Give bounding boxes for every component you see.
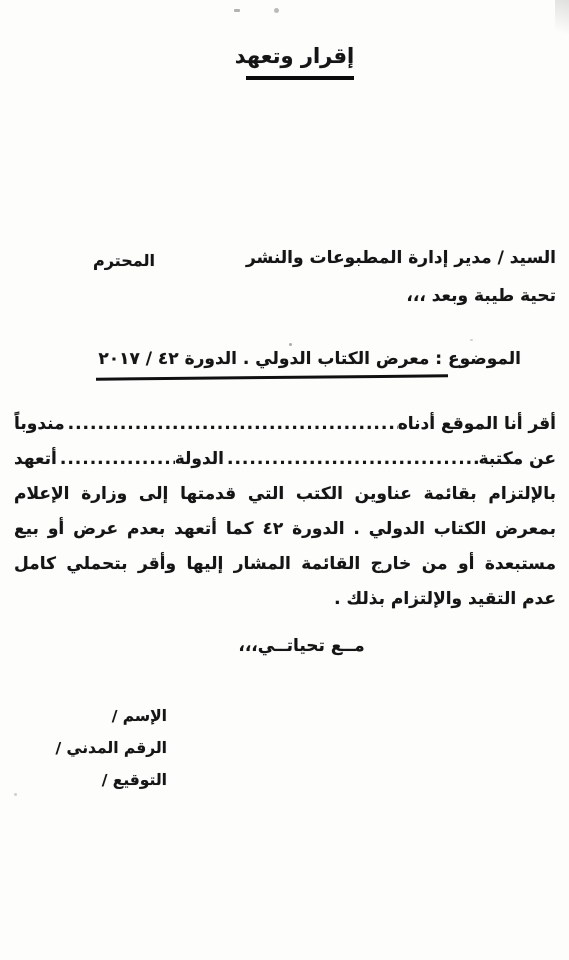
- scan-speck: [289, 343, 292, 346]
- dotted-blank-representative: ........................................…: [65, 407, 398, 442]
- closing-salutation: مــع تحياتــي،،،: [34, 636, 569, 656]
- pledge-line-2: عن مكتبة ...............................…: [14, 442, 556, 477]
- scan-corner-shade: [555, 0, 569, 46]
- signature-field-signature: التوقيع /: [55, 764, 167, 796]
- pledge-line-4: بمعرض الكتاب الدولي . الدورة ٤٢ كما أتعه…: [14, 512, 556, 547]
- pledge-line-6: عدم التقيد والإلتزام بذلك .: [14, 582, 556, 617]
- pledge-line-1-start: أقر أنا الموقع أدناه: [398, 407, 556, 442]
- pledge-line-3: بالإلتزام بقائمة عناوين الكتب التي قدمته…: [14, 477, 556, 512]
- dotted-blank-country: ........................................…: [57, 442, 175, 477]
- signature-block: الإسم / الرقم المدني / التوقيع /: [55, 700, 167, 796]
- document-title: إقرار وتعهد: [0, 44, 569, 68]
- salutation-line: تحية طيبة وبعد ،،،: [406, 286, 556, 306]
- pledge-line-2-start: عن مكتبة: [479, 442, 556, 477]
- honorific-label: المحترم: [93, 251, 155, 270]
- addressee-line: السيد / مدير إدارة المطبوعات والنشر: [246, 248, 556, 268]
- dotted-blank-bookstore: ........................................…: [224, 442, 479, 477]
- pledge-line-1-end: مندوباً: [14, 407, 65, 442]
- pledge-line-2-mid: الدولة: [175, 442, 224, 477]
- subject-line: الموضوع : معرض الكتاب الدولي . الدورة ٤٢…: [98, 349, 521, 369]
- scanned-declaration-document: إقرار وتعهد السيد / مدير إدارة المطبوعات…: [0, 0, 569, 960]
- pledge-line-1: أقر أنا الموقع أدناه ...................…: [14, 407, 556, 442]
- title-underline: [246, 76, 354, 80]
- scan-speck: [14, 793, 17, 796]
- scan-speck: [470, 339, 473, 341]
- pledge-line-2-end: أتعهد: [14, 442, 57, 477]
- scan-speck: [274, 8, 279, 13]
- pledge-line-5: مستبعدة أو من خارج القائمة المشار إليها …: [14, 547, 556, 582]
- subject-underline: [96, 374, 448, 380]
- signature-field-civil-id: الرقم المدني /: [55, 732, 167, 764]
- signature-field-name: الإسم /: [55, 700, 167, 732]
- pledge-paragraph: أقر أنا الموقع أدناه ...................…: [14, 407, 556, 617]
- scan-speck: [234, 9, 240, 12]
